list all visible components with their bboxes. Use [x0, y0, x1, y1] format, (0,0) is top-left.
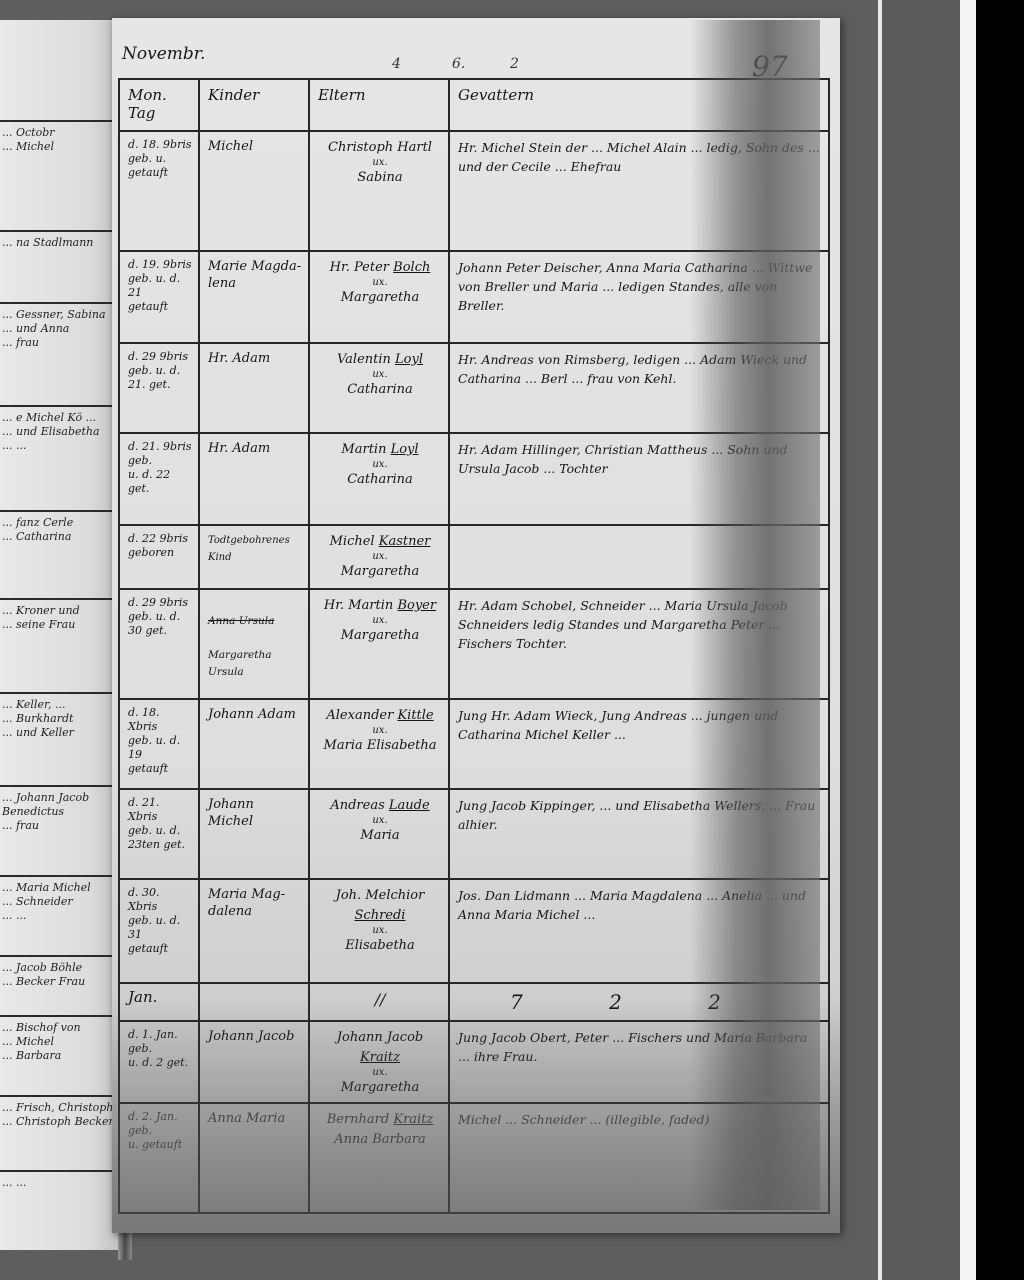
entry-parents: Joh. Melchior Schredi ux. Elisabetha [309, 879, 449, 983]
entry-date: d. 30. Xbris geb. u. d. 31 getauft [119, 879, 199, 983]
page-bottom-shadow [112, 1000, 840, 1233]
entry-date: d. 19. 9bris geb. u. d. 21 getauft [119, 251, 199, 343]
left-fragment-row: ... na Stadlmann [0, 230, 124, 310]
father-surname: Bolch [393, 260, 430, 275]
entry-date: d. 18. Xbris geb. u. d. 19 getauft [119, 699, 199, 789]
entry-child: Johann Michel [199, 789, 309, 879]
ux-abbrev: ux. [318, 926, 442, 936]
entry-child: Todtgebohrenes Kind [199, 525, 309, 589]
film-edge-strip [960, 0, 976, 1280]
child-name-corrected: Margaretha Ursula [208, 649, 272, 678]
entry-date: d. 22 9bris geboren [119, 525, 199, 589]
entry-parents: Valentin Loyl ux. Catharina [309, 343, 449, 433]
mother-name: Sabina [357, 170, 402, 185]
right-board [882, 0, 960, 1280]
mother-name: Margaretha [341, 564, 420, 579]
left-fragment-row: ... Maria Michel ... Schneider ... ... [0, 875, 124, 960]
father-name: Valentin [337, 352, 391, 367]
left-fragment-row: ... Johann Jacob Benedictus ... frau [0, 785, 124, 880]
mother-name: Margaretha [341, 290, 420, 305]
left-fragment-row: ... Gessner, Sabina ... und Anna ... fra… [0, 302, 124, 412]
mother-name: Catharina [347, 472, 413, 487]
entry-parents: Martin Loyl ux. Catharina [309, 433, 449, 525]
ux-abbrev: ux. [318, 158, 442, 168]
left-fragment-row: ... Jacob Böhle ... Becker Frau [0, 955, 124, 1020]
left-fragment-row: ... Bischof von ... Michel ... Barbara [0, 1015, 124, 1100]
column-header-child: Kinder [199, 79, 309, 131]
ux-abbrev: ux. [318, 616, 442, 626]
left-fragment-row: ... Octobr ... Michel [0, 120, 124, 240]
entry-child: Michel [199, 131, 309, 251]
father-surname: Kittle [397, 708, 433, 723]
entry-child: Marie Magda- lena [199, 251, 309, 343]
entry-child: Maria Mag- dalena [199, 879, 309, 983]
father-surname: Loyl [391, 442, 419, 457]
mother-name: Margaretha [341, 628, 420, 643]
father-name: Joh. Melchior [336, 888, 425, 903]
father-name: Andreas [330, 798, 384, 813]
father-surname: Laude [389, 798, 430, 813]
father-name: Martin [341, 442, 386, 457]
left-fragment-row: ... Kroner und ... seine Frau [0, 598, 124, 693]
entry-date: d. 18. 9bris geb. u. getauft [119, 131, 199, 251]
left-fragment-row: ... Keller, ... ... Burkhardt ... und Ke… [0, 692, 124, 787]
father-name: Christoph Hartl [328, 140, 432, 155]
ux-abbrev: ux. [318, 552, 442, 562]
ux-abbrev: ux. [318, 370, 442, 380]
header-scribble: 2 [510, 56, 519, 72]
child-name-struck: Anna Ursula [208, 615, 274, 627]
mother-name: Maria [360, 828, 399, 843]
black-border [976, 0, 1024, 1280]
father-surname: Schredi [355, 908, 406, 923]
ux-abbrev: ux. [318, 816, 442, 826]
ux-abbrev: ux. [318, 278, 442, 288]
mother-name: Elisabetha [345, 938, 415, 953]
mother-name: Maria Elisabetha [324, 738, 437, 753]
entry-child: Anna Ursula Margaretha Ursula [199, 589, 309, 699]
father-name: Hr. Peter [330, 260, 389, 275]
entry-parents: Andreas Laude ux. Maria [309, 789, 449, 879]
father-surname: Loyl [395, 352, 423, 367]
entry-parents: Hr. Peter Bolch ux. Margaretha [309, 251, 449, 343]
father-surname: Kastner [379, 534, 431, 549]
left-fragment-row: ... fanz Cerle ... Catharina [0, 510, 124, 605]
entry-parents: Hr. Martin Boyer ux. Margaretha [309, 589, 449, 699]
left-page-fragment: ... Octobr ... Michel ... na Stadlmann .… [0, 20, 128, 1250]
header-scribble: 6. [452, 56, 465, 72]
entry-date: d. 21. Xbris geb. u. d. 23ten get. [119, 789, 199, 879]
header-scribble: 4 [392, 56, 401, 72]
board-edge [878, 0, 882, 1280]
ux-abbrev: ux. [318, 726, 442, 736]
entry-date: d. 21. 9bris geb. u. d. 22 get. [119, 433, 199, 525]
left-fragment-row: ... ... [0, 1170, 124, 1220]
entry-child: Johann Adam [199, 699, 309, 789]
father-name: Hr. Martin [324, 598, 393, 613]
father-name: Michel [330, 534, 375, 549]
entry-child: Hr. Adam [199, 343, 309, 433]
column-header-date: Mon. Tag [119, 79, 199, 131]
column-header-parents: Eltern [309, 79, 449, 131]
month-header: Novembr. [122, 44, 205, 64]
left-fragment-row: ... e Michel Kö ... ... und Elisabetha .… [0, 405, 124, 525]
entry-parents: Alexander Kittle ux. Maria Elisabetha [309, 699, 449, 789]
father-surname: Boyer [397, 598, 436, 613]
father-name: Alexander [326, 708, 393, 723]
entry-date: d. 29 9bris geb. u. d. 30 get. [119, 589, 199, 699]
mother-name: Catharina [347, 382, 413, 397]
entry-date: d. 29 9bris geb. u. d. 21. get. [119, 343, 199, 433]
left-fragment-row: ... Frisch, Christoph ... Christoph Beck… [0, 1095, 124, 1170]
entry-parents: Christoph Hartl ux. Sabina [309, 131, 449, 251]
entry-child: Hr. Adam [199, 433, 309, 525]
entry-parents: Michel Kastner ux. Margaretha [309, 525, 449, 589]
ux-abbrev: ux. [318, 460, 442, 470]
